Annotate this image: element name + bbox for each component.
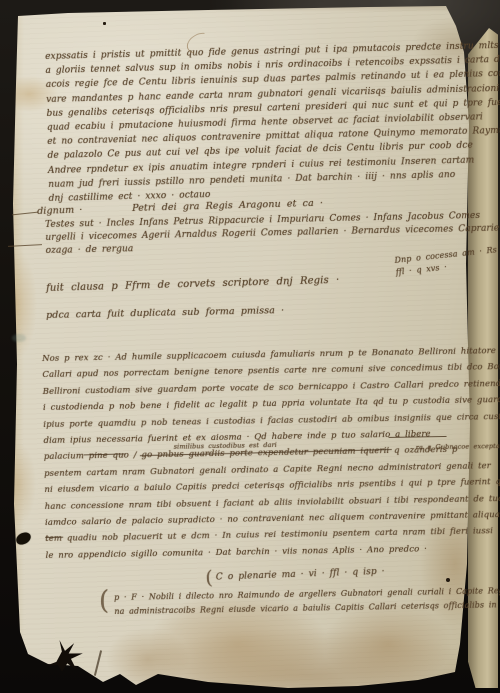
paren-mark: ( [205, 567, 213, 589]
margin-addition: ra q Gubnacoe excepta [416, 438, 500, 456]
tear-mark [39, 635, 90, 681]
closing-word: dignum · [37, 204, 83, 217]
paren-mark: ( [99, 586, 109, 616]
green-smudge-stain [12, 334, 26, 342]
charter-text-block-2: similibus custodibus est dari ra q Gubna… [42, 344, 466, 565]
charter-text-block-1: expssatis i pristis ut pmittit quo fide … [45, 40, 453, 206]
ink-dot-top [103, 22, 106, 25]
ink-dot-bottom [446, 578, 450, 582]
strikethrough-stroke [45, 537, 63, 539]
tear-shape [46, 639, 84, 674]
photo-background: expssatis i pristis ut pmittit quo fide … [0, 0, 500, 693]
registration-note-text: C o plenarie ma · vi · ffl · q isp · [216, 567, 385, 583]
